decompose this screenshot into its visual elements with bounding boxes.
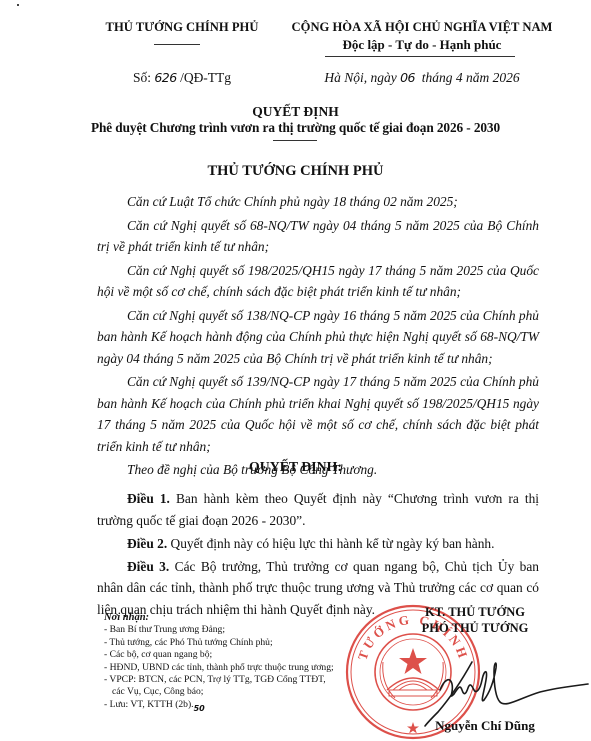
- legal-basis: Căn cứ Luật Tổ chức Chính phủ ngày 18 th…: [97, 191, 539, 483]
- title-underline: [273, 140, 317, 141]
- signature-title-line2: PHÓ THỦ TƯỚNG: [395, 620, 555, 636]
- signer-name: Nguyễn Chí Dũng: [405, 718, 565, 734]
- recipient-item: - Ban Bí thư Trung ương Đảng;: [104, 624, 334, 636]
- recipient-item: - HĐND, UBND các tỉnh, thành phố trực th…: [104, 662, 334, 674]
- issuing-authority: THỦ TƯỚNG CHÍNH PHỦ: [97, 20, 267, 35]
- recipient-item: - Thủ tướng, các Phó Thủ tướng Chính phủ…: [104, 637, 334, 649]
- national-title: CỘNG HÒA XÃ HỘI CHỦ NGHĨA VIỆT NAM: [272, 20, 572, 35]
- national-motto: Độc lập - Tự do - Hạnh phúc: [272, 37, 572, 53]
- motto-underline: [325, 56, 515, 57]
- handwritten-day: 06: [400, 70, 415, 85]
- document-subject: Phê duyệt Chương trình vươn ra thị trườn…: [0, 120, 591, 136]
- recipients-title: Nơi nhận:: [104, 612, 334, 624]
- signature-title: KT. THỦ TƯỚNG PHÓ THỦ TƯỚNG: [395, 604, 555, 636]
- place-and-date: Hà Nội, ngày 06 tháng 4 năm 2026: [272, 70, 572, 86]
- decision-heading: QUYẾT ĐỊNH:: [0, 459, 591, 475]
- copies-count: 50: [194, 704, 205, 713]
- recipient-item: - Lưu: VT, KTTH (2b).50: [104, 699, 334, 711]
- basis-item: Căn cứ Nghị quyết số 139/NQ-CP ngày 17 t…: [97, 371, 539, 457]
- article-2: Điều 2. Quyết định này có hiệu lực thi h…: [97, 533, 539, 555]
- article-1: Điều 1. Ban hành kèm theo Quyết định này…: [97, 488, 539, 531]
- basis-item: Căn cứ Luật Tổ chức Chính phủ ngày 18 th…: [97, 191, 539, 213]
- scan-speck: [17, 4, 19, 6]
- document-number: Số: 626 /QĐ-TTg: [97, 70, 267, 86]
- basis-item: Căn cứ Nghị quyết số 138/NQ-CP ngày 16 t…: [97, 305, 539, 370]
- document-type: QUYẾT ĐỊNH: [0, 104, 591, 120]
- handwritten-number: 626: [154, 70, 176, 85]
- recipient-item: - Các bộ, cơ quan ngang bộ;: [104, 649, 334, 661]
- enacting-authority: THỦ TƯỚNG CHÍNH PHỦ: [0, 163, 591, 180]
- recipient-item: các Vụ, Cục, Công báo;: [104, 686, 334, 698]
- signature-title-line1: KT. THỦ TƯỚNG: [395, 604, 555, 620]
- basis-item: Căn cứ Nghị quyết số 198/2025/QH15 ngày …: [97, 260, 539, 303]
- recipient-item: - VPCP: BTCN, các PCN, Trợ lý TTg, TGĐ C…: [104, 674, 334, 686]
- issuer-underline: [154, 44, 200, 45]
- recipients-list: Nơi nhận: - Ban Bí thư Trung ương Đảng; …: [104, 612, 334, 711]
- basis-item: Căn cứ Nghị quyết số 68-NQ/TW ngày 04 th…: [97, 215, 539, 258]
